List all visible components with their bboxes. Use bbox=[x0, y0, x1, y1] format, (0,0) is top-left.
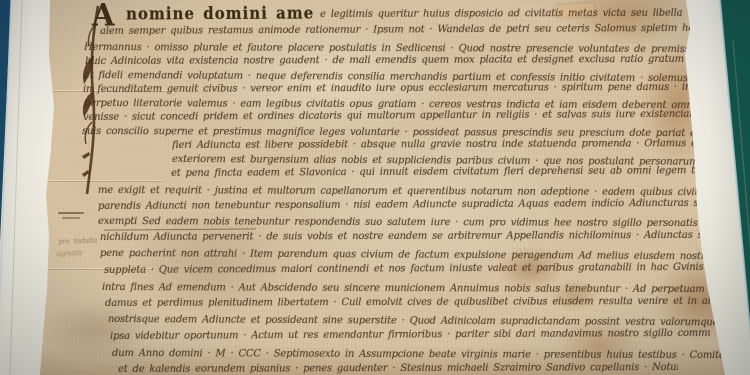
manuscript-text-line: et pena fincta eadem et Slavonica · qui … bbox=[171, 165, 738, 182]
manuscript-text-line: parendis Adiuncti non tenebuntur respons… bbox=[98, 198, 738, 215]
margin-ink-mark bbox=[62, 217, 80, 219]
manuscript-text-line: et de kalendis eorundem pisanius · penes… bbox=[118, 362, 678, 375]
manuscript-text-line: venisse · sicut concedi pridem et ordine… bbox=[83, 109, 743, 126]
manuscript-text-line: ipsa videbitur oportunum · Actum ut res … bbox=[110, 328, 710, 345]
manuscript-text-line: in fecunditatem genuit civibus · vereor … bbox=[83, 82, 743, 98]
manuscript-text-line: huic Adinicolas vita existencia nostre g… bbox=[85, 54, 743, 70]
parchment-document: A nomine domini amen · N ·e legitimis qu… bbox=[0, 0, 750, 375]
manuscript-text-line: alem semper quibus restamus animode rati… bbox=[100, 23, 744, 40]
manuscript-text-line: e legitimis queritur huius disposicio ad… bbox=[320, 8, 744, 23]
manuscript-text-line: damus et perdimus plenitudinem libertate… bbox=[105, 296, 735, 312]
manuscript-text-line: signatis bbox=[56, 248, 100, 264]
photo-of-medieval-charter: A nomine domini amen · N ·e legitimis qu… bbox=[0, 0, 750, 375]
manuscript-text-line: nichildum Adiuncta pervenerit · de suis … bbox=[100, 230, 736, 246]
manuscript-text-line: fieri Adiuncta est libere possidebit · a… bbox=[172, 138, 738, 154]
manuscript-text-line: suppleta · Que vicem concedimus maiori c… bbox=[104, 262, 736, 279]
margin-ink-mark bbox=[58, 212, 84, 214]
